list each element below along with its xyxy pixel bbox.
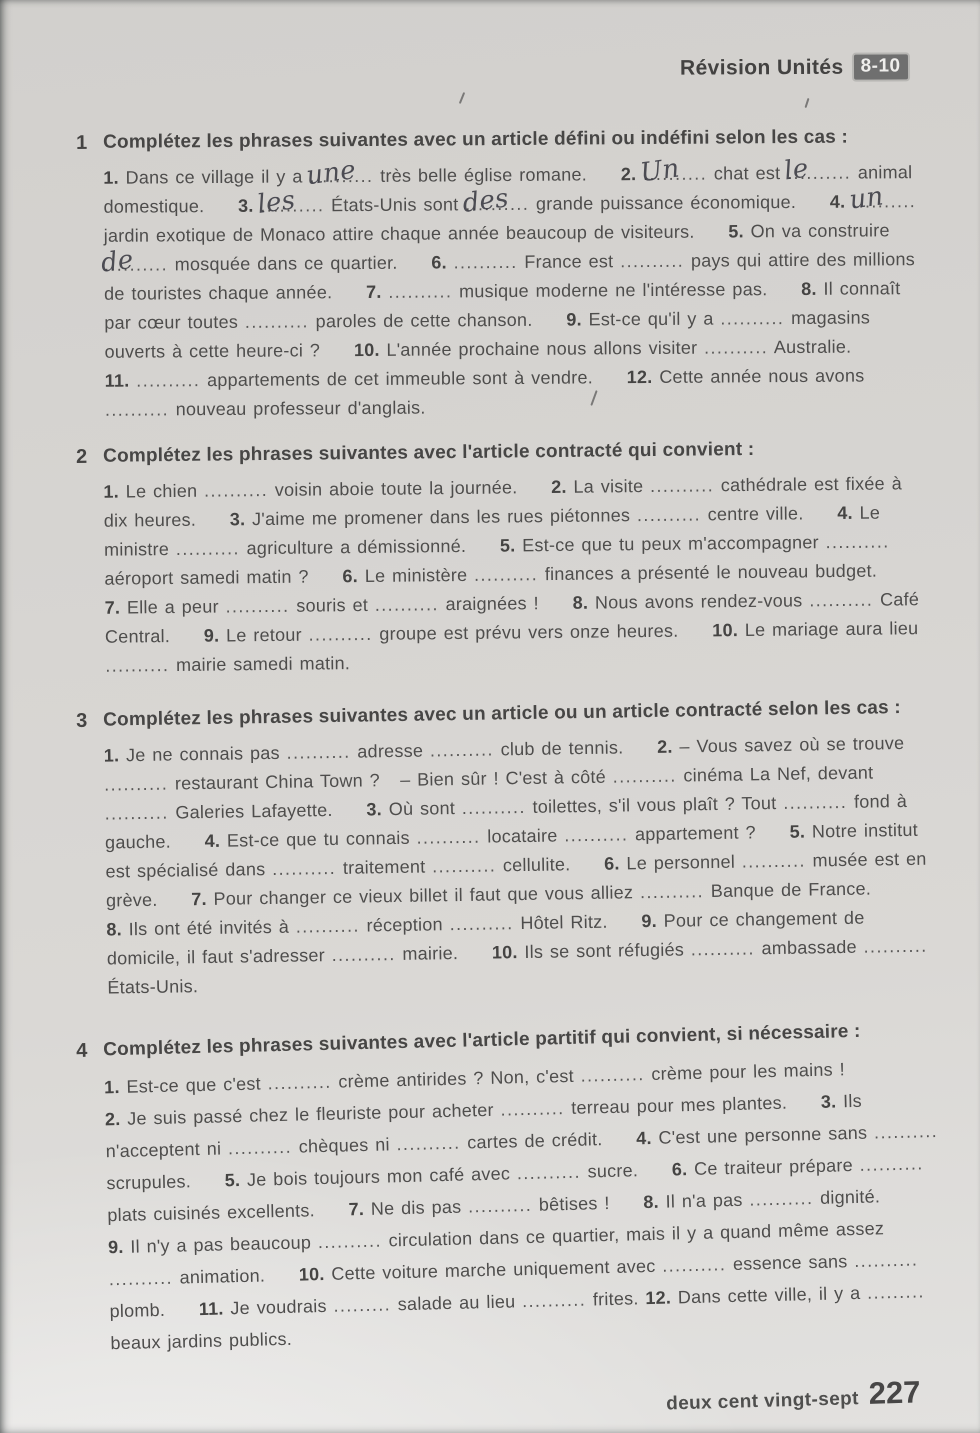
blank-dots: ..........	[388, 281, 452, 301]
exercise-title: Complétez les phrases suivantes avec un …	[103, 697, 901, 733]
answer-blank: ..........	[317, 1225, 382, 1259]
answer-blank: ..........	[662, 1248, 727, 1282]
sentence-text: mairie samedi matin.	[169, 653, 350, 675]
item-number: 3.	[821, 1091, 844, 1112]
answer-blank: ..........	[874, 1115, 939, 1149]
item-number: 1.	[103, 481, 125, 501]
sentence-text: toilettes, s'il vous plaît ? Tout	[526, 793, 784, 817]
answer-blank: ..........	[474, 560, 538, 590]
sentence-text: Le retour	[226, 625, 309, 646]
answer-blank: ..........Un	[643, 160, 707, 189]
answer-blank: ..........	[204, 476, 268, 506]
answer-blank: ..........	[783, 788, 847, 818]
sentence-text: Hôtel Ritz.	[513, 911, 641, 933]
sentence-text: gauche.	[105, 831, 205, 853]
blank-dots: ..........	[720, 308, 784, 328]
sentence-text: Il n'y a pas beaucoup	[130, 1232, 318, 1257]
answer-blank: ..........	[267, 1066, 332, 1100]
sentence-text: grande puissance économique.	[529, 192, 830, 214]
page-number: 227	[868, 1374, 921, 1411]
blank-dots: ..........	[332, 944, 396, 965]
item-number: 6.	[431, 252, 453, 272]
sentence-text: fond à	[847, 791, 907, 812]
sentence-text: L'année prochaine nous allons visiter	[386, 338, 704, 360]
unit-range-badge: 8-10	[854, 54, 908, 79]
item-number: 9.	[108, 1237, 131, 1258]
sentence-text: domestique.	[103, 196, 238, 217]
item-number: 2.	[657, 737, 680, 757]
exercise-1: 1 Complétez les phrases suivantes avec u…	[76, 126, 928, 425]
sentence-text: Le mariage aura lieu	[745, 618, 919, 640]
answer-blank: ..........	[136, 366, 200, 395]
blank-dots: ..........	[225, 596, 289, 617]
answer-blank: ..........	[228, 1131, 293, 1165]
sentence-text: jardin exotique de Monaco attire chaque …	[104, 221, 729, 245]
answer-blank: ..........	[691, 934, 755, 964]
blank-dots: ..........	[650, 475, 714, 496]
item-number: 6.	[342, 566, 364, 586]
answer-blank: ..........	[564, 820, 628, 850]
answer-blank: ..........	[225, 592, 289, 622]
blank-dots: ..........	[742, 851, 806, 872]
answer-blank: ..........	[640, 877, 704, 907]
sentence-text: nouveau professeur d'anglais.	[169, 398, 426, 420]
sentence-text: Ils	[843, 1091, 862, 1111]
exercise-body: 1. Le chien .......... voisin aboie tout…	[103, 469, 928, 681]
answer-blank: ..........	[108, 1262, 173, 1296]
sentence-text: Je voudrais	[230, 1296, 334, 1319]
text-line: .......... nouveau professeur d'anglais.	[105, 390, 928, 425]
sentence-text: Ils ont été invités à	[129, 917, 296, 940]
answer-blank: ..........	[468, 1189, 533, 1223]
item-number: 4.	[204, 831, 227, 851]
item-number: 2.	[105, 1109, 128, 1130]
sentence-text: grève.	[106, 889, 192, 910]
blank-dots: ..........	[749, 1188, 813, 1210]
item-number: 10.	[299, 1264, 332, 1285]
blank-dots: ..........	[859, 1153, 923, 1175]
sentence-text: ouverts à cette heure-ci ?	[104, 340, 354, 362]
answer-blank: ..........	[104, 770, 168, 800]
item-number: 9.	[204, 625, 226, 645]
sentence-text: cathédrale est fixée à	[714, 473, 902, 495]
item-number: 6.	[672, 1159, 695, 1180]
item-number: 9.	[566, 309, 588, 329]
answer-blank: ..........	[637, 500, 701, 530]
answer-blank: ..........	[308, 620, 372, 650]
item-number: 3.	[230, 509, 252, 529]
exercise-title: Complétez les phrases suivantes avec l'a…	[103, 439, 754, 469]
blank-dots: ..........	[704, 337, 768, 357]
item-number: 1.	[104, 1077, 127, 1098]
blank-dots: ..........	[267, 1072, 331, 1094]
exercise-body: 1. Dans ce village il y a ..........une …	[103, 158, 928, 425]
exercise-heading: 1 Complétez les phrases suivantes avec u…	[76, 126, 926, 155]
sentence-text: Dans ce village il y a	[126, 166, 310, 187]
blank-dots: ..........	[204, 480, 268, 501]
sentence-text: pays qui attire des millions	[684, 249, 915, 271]
handwritten-answer: le	[783, 156, 810, 185]
blank-dots: ..........	[396, 1133, 460, 1155]
answer-blank: ..........	[286, 738, 350, 768]
item-number: 12.	[645, 1287, 678, 1308]
item-number: 8.	[573, 593, 595, 613]
blank-dots: .........	[867, 1281, 925, 1302]
sentence-text: musique moderne ne l'intéresse pas.	[452, 279, 801, 301]
sentence-text: animation.	[173, 1265, 300, 1288]
blank-dots: ..........	[809, 590, 873, 611]
sentence-text: Dans cette ville, il y a	[678, 1283, 868, 1308]
sentence-text: On va construire	[751, 220, 890, 241]
sentence-text: Pour changer ce vieux billet il faut que…	[213, 882, 640, 909]
sentence-text: ambassade	[755, 937, 864, 959]
sentence-text: musée est en	[806, 849, 927, 871]
blank-dots: .........	[333, 1294, 391, 1315]
sentence-text: adresse	[350, 740, 430, 761]
blank-dots: ..........	[228, 1137, 292, 1159]
item-number: 10.	[354, 340, 387, 360]
item-number: 1.	[104, 745, 127, 765]
blank-dots: ..........	[432, 855, 496, 876]
sentence-text: salade au lieu	[391, 1291, 523, 1314]
sentence-text: scrupules.	[106, 1170, 225, 1193]
sentence-text: Notre institut	[812, 820, 918, 842]
blank-dots: ..........	[176, 538, 240, 559]
item-number: 4.	[636, 1128, 659, 1149]
sentence-text: par cœur toutes	[104, 312, 245, 333]
exercise-3: 3 Complétez les phrases suivantes avec u…	[76, 697, 930, 1003]
page-header: Révision Unités 8-10	[680, 54, 908, 80]
sentence-text: cellulite.	[496, 854, 604, 876]
blank-dots: ..........	[105, 655, 169, 676]
item-number: 5.	[789, 821, 812, 841]
answer-blank: ..........	[650, 471, 714, 501]
item-number: 5.	[728, 221, 750, 241]
answer-blank: ..........	[854, 1243, 919, 1277]
sentence-text: sucre.	[581, 1159, 672, 1181]
item-number: 4.	[837, 503, 859, 523]
sentence-text: Australie.	[768, 337, 851, 358]
sentence-text: La visite	[573, 476, 650, 497]
exercise-4: 4 Complétez les phrases suivantes avec l…	[76, 1019, 934, 1360]
answer-blank: ..........des	[465, 190, 529, 219]
exercise-title: Complétez les phrases suivantes avec un …	[103, 127, 848, 155]
item-number: 2.	[551, 477, 573, 497]
text-line: 11. .......... appartements de cet immeu…	[105, 361, 928, 396]
sentence-text: Pour ce changement de	[663, 908, 864, 931]
sentence-text: essence sans	[726, 1251, 855, 1274]
stray-pen-mark	[805, 98, 810, 108]
answer-blank: ..........	[742, 847, 806, 877]
blank-dots: ..........	[105, 399, 169, 419]
sentence-text: agriculture a démissionné.	[240, 536, 500, 559]
item-number: 8.	[801, 279, 823, 299]
sentence-text: crème pour les mains !	[644, 1059, 845, 1084]
blank-dots: ..........	[580, 1064, 644, 1086]
blank-dots: ..........	[286, 742, 350, 763]
blank-dots: ..........	[296, 916, 360, 937]
blank-dots: ..........	[854, 1249, 918, 1271]
blank-dots: ..........	[783, 792, 847, 813]
handwritten-answer: les	[256, 187, 297, 218]
exercise-number: 3	[76, 710, 92, 733]
blank-dots: ..........	[109, 1268, 173, 1290]
answer-blank: .........	[333, 1288, 391, 1321]
blank-dots: ..........	[825, 531, 889, 552]
item-number: 11.	[105, 371, 137, 391]
sentence-text: France est	[518, 251, 621, 272]
item-number: 8.	[106, 919, 129, 939]
sentence-text: États-Unis sont	[324, 194, 465, 215]
answer-blank: ..........	[620, 247, 684, 276]
answer-blank: .........	[867, 1275, 925, 1308]
answer-blank: ..........	[432, 851, 496, 881]
sentence-text: Je ne connais pas	[126, 743, 287, 766]
sentence-text: finances a présenté le nouveau budget.	[538, 561, 877, 585]
sentence-text: Central.	[105, 626, 204, 647]
answer-blank: ..........	[704, 333, 768, 362]
text-line: 1. Dans ce village il y a ..........une …	[103, 158, 926, 193]
answer-blank: ..........	[522, 1284, 587, 1318]
sentence-text: Galeries Lafayette.	[168, 799, 366, 822]
sentence-text: Je suis passé chez le fleuriste pour ach…	[127, 1100, 501, 1129]
blank-dots: ..........	[640, 881, 704, 902]
answer-blank: ..........	[105, 395, 169, 424]
answer-blank: ..........	[388, 277, 452, 306]
answer-blank: ..........	[462, 793, 526, 823]
sentence-text: Je bois toujours mon café avec	[247, 1163, 517, 1190]
sentence-text: de touristes chaque année.	[104, 282, 366, 304]
item-number: 6.	[604, 853, 627, 873]
sentence-text: Le	[859, 503, 880, 523]
answer-blank: ..........une	[309, 162, 373, 191]
answer-blank: ..........	[272, 854, 336, 884]
blank-dots: ..........	[620, 251, 684, 271]
answer-blank: ..........	[580, 1058, 645, 1092]
handwritten-answer: Un	[639, 156, 681, 187]
item-number: 5.	[225, 1170, 248, 1191]
answer-blank: ..........	[863, 932, 927, 962]
blank-dots: ..........	[500, 1098, 564, 1120]
answer-blank: ..........	[430, 735, 494, 765]
item-number: 9.	[641, 911, 664, 931]
blank-dots: ..........	[564, 824, 628, 845]
answer-blank: ..........	[105, 651, 169, 681]
sentence-text: centre ville.	[701, 503, 837, 524]
sentence-text: chat est	[707, 163, 787, 184]
sentence-text: restaurant China Town ? – Bien sûr ! C'e…	[168, 767, 613, 794]
blank-dots: ..........	[662, 1254, 726, 1276]
answer-blank: ..........de	[104, 250, 168, 279]
blank-dots: ..........	[416, 827, 480, 848]
sentence-text: souris et	[289, 595, 374, 616]
sentence-text: magasins	[784, 307, 870, 328]
exercise-number: 1	[76, 132, 92, 155]
blank-dots: ..........	[462, 797, 526, 818]
answer-blank: ..........le	[787, 159, 851, 188]
item-number: 3.	[366, 799, 389, 819]
sentence-text: Banque de France.	[704, 879, 871, 902]
sentence-text: voisin aboie toute la journée.	[268, 477, 551, 500]
sentence-text: Est-ce que tu peux m'accompagner	[522, 532, 826, 555]
item-number: 7.	[105, 597, 127, 617]
sentence-text: Ils se sont réfugiés	[524, 939, 691, 962]
sentence-text: Cette année nous avons	[659, 366, 864, 387]
sentence-text: ministre	[104, 539, 176, 560]
sentence-text: dignité.	[813, 1186, 880, 1208]
item-number: 7.	[191, 889, 214, 909]
sentence-text: club de tennis.	[494, 737, 658, 760]
blank-dots: ..........	[136, 370, 200, 390]
blank-dots: ..........	[375, 594, 439, 615]
sentence-text: Café	[873, 589, 919, 609]
answer-blank: ..........	[375, 590, 439, 620]
answer-blank: ..........	[296, 912, 360, 942]
item-number: 1.	[103, 168, 125, 188]
blank-dots: ..........	[272, 858, 336, 879]
blank-dots: ..........	[863, 936, 927, 957]
sentence-text: terreau pour mes plantes.	[564, 1092, 821, 1118]
page-footer: deux cent vingt-sept 227	[665, 1374, 920, 1417]
sentence-text: animal	[851, 162, 912, 182]
blank-dots: ..........	[104, 774, 168, 795]
sentence-text: très belle église romane.	[373, 164, 620, 186]
sentence-text: locataire	[480, 825, 564, 846]
sentence-text: cinéma La Nef, devant	[677, 762, 874, 785]
sentence-text: groupe est prévu vers onze heures.	[372, 620, 712, 644]
answer-blank: ..........	[453, 248, 517, 277]
exercise-body: 1. Est-ce que c'est .......... crème ant…	[104, 1051, 934, 1359]
sentence-text: chèques ni	[292, 1134, 397, 1157]
sentence-text: araignées !	[439, 593, 573, 614]
sentence-text: frites.	[586, 1288, 646, 1309]
answer-blank: ..........	[449, 909, 513, 939]
sentence-text: paroles de cette chanson.	[309, 310, 567, 332]
item-number: 10.	[712, 620, 745, 640]
sentence-text: Nous avons rendez-vous	[595, 590, 810, 612]
item-number: 5.	[500, 535, 522, 555]
sentence-text: cartes de crédit.	[460, 1128, 636, 1152]
blank-dots: ..........	[245, 311, 309, 331]
answer-blank: ..........	[500, 1092, 565, 1126]
sentence-text: bêtises !	[532, 1192, 644, 1215]
stray-pen-mark	[459, 92, 465, 104]
blank-dots: ..........	[637, 504, 701, 525]
sentence-text: Est-ce que tu connais	[227, 828, 417, 851]
sentence-text: Il connaît	[823, 278, 900, 299]
blank-dots: ..........	[430, 739, 494, 760]
exercise-heading: 3 Complétez les phrases suivantes avec u…	[76, 697, 926, 733]
handwritten-answer: une	[305, 157, 358, 189]
sentence-text: C'est une personne sans	[658, 1123, 874, 1148]
answer-blank: ..........	[825, 527, 889, 557]
exercise-number: 2	[76, 446, 92, 469]
blank-dots: ..........	[517, 1162, 581, 1184]
blank-dots: ..........	[474, 564, 538, 585]
page-number-words: deux cent vingt-sept	[665, 1388, 858, 1415]
answer-blank: ..........	[396, 1127, 461, 1161]
sentence-text: Cette voiture marche uniquement avec	[331, 1256, 662, 1284]
sentence-text: aéroport samedi matin ?	[104, 566, 342, 588]
blank-dots: ..........	[468, 1195, 532, 1217]
handwritten-answer: des	[461, 185, 510, 217]
exercise-2: 2 Complétez les phrases suivantes avec l…	[76, 437, 928, 681]
blank-dots: ..........	[308, 624, 372, 645]
sentence-text: Est-ce que c'est	[126, 1073, 268, 1096]
answer-blank: ..........	[516, 1156, 581, 1190]
blank-dots: ..........	[613, 766, 677, 787]
sentence-text: Ne dis pas	[371, 1196, 469, 1218]
sentence-text: Il n'a pas	[665, 1190, 749, 1212]
answer-blank: ..........	[859, 1147, 924, 1181]
item-number: 12.	[627, 367, 660, 387]
page-title: Révision Unités	[680, 55, 844, 80]
sentence-text: mairie.	[396, 942, 493, 964]
workbook-page: Révision Unités 8-10 1 Complétez les phr…	[0, 0, 980, 1433]
answer-blank: ..........	[245, 307, 309, 336]
sentence-text: Ce traiteur prépare	[694, 1155, 860, 1179]
sentence-text: Le personnel	[626, 852, 742, 874]
sentence-text: traitement	[336, 856, 432, 878]
sentence-text: Le chien	[126, 481, 205, 502]
exercise-body: 1. Je ne connais pas .......... adresse …	[103, 729, 930, 1003]
answer-blank: ..........	[416, 823, 480, 853]
handwritten-answer: de	[99, 247, 135, 277]
sentence-text: plats cuisinés excellents.	[107, 1199, 349, 1225]
sentence-text: appartement ?	[628, 822, 790, 845]
sentence-text: Le ministère	[365, 565, 475, 586]
item-number: 7.	[348, 1199, 371, 1220]
blank-dots: ..........	[874, 1121, 938, 1143]
item-number: 8.	[643, 1192, 666, 1213]
blank-dots: ..........	[454, 252, 518, 272]
answer-blank: ..........	[331, 940, 395, 970]
sentence-text: réception	[360, 914, 450, 935]
sentence-text: États-Unis.	[107, 976, 198, 997]
item-number: 10.	[492, 942, 525, 963]
answer-blank: ..........	[104, 799, 168, 829]
sentence-text: n'acceptent ni	[105, 1138, 228, 1161]
sentence-text: Elle a peur	[127, 596, 226, 617]
sentence-text: Est-ce qu'il y a	[588, 309, 720, 330]
item-number: 7.	[366, 282, 388, 302]
sentence-text: J'aime me promener dans les rues piétonn…	[252, 505, 637, 529]
answer-blank: ..........	[809, 586, 873, 616]
blank-dots: ..........	[522, 1290, 586, 1312]
blank-dots: ..........	[104, 803, 168, 824]
blank-dots: ..........	[691, 938, 755, 959]
answer-blank: ..........	[612, 762, 676, 792]
handwritten-answer: un	[848, 183, 885, 213]
sentence-text: – Vous savez où se trouve	[679, 733, 904, 757]
sentence-text: domicile, il faut s'adresser	[107, 945, 332, 969]
answer-blank: ..........	[749, 1182, 814, 1216]
sentence-text: crème antirides ? Non, c'est	[331, 1066, 580, 1092]
blank-dots: ..........	[449, 913, 513, 934]
answer-blank: ..........	[720, 304, 784, 333]
exercise-heading: 2 Complétez les phrases suivantes avec l…	[76, 437, 926, 469]
sentence-text: beaux jardins publics.	[110, 1329, 292, 1353]
answer-blank: ..........les	[260, 191, 324, 220]
answer-blank: ..........	[176, 534, 240, 564]
sentence-text: dix heures.	[104, 509, 230, 530]
sentence-text: mosquée dans ce quartier.	[168, 253, 432, 275]
blank-dots: ..........	[318, 1231, 382, 1253]
sentence-text: Où sont	[389, 798, 462, 819]
answer-blank: ..........un	[852, 187, 916, 216]
sentence-text: plomb.	[109, 1299, 199, 1321]
exercise-number: 4	[76, 1040, 93, 1063]
